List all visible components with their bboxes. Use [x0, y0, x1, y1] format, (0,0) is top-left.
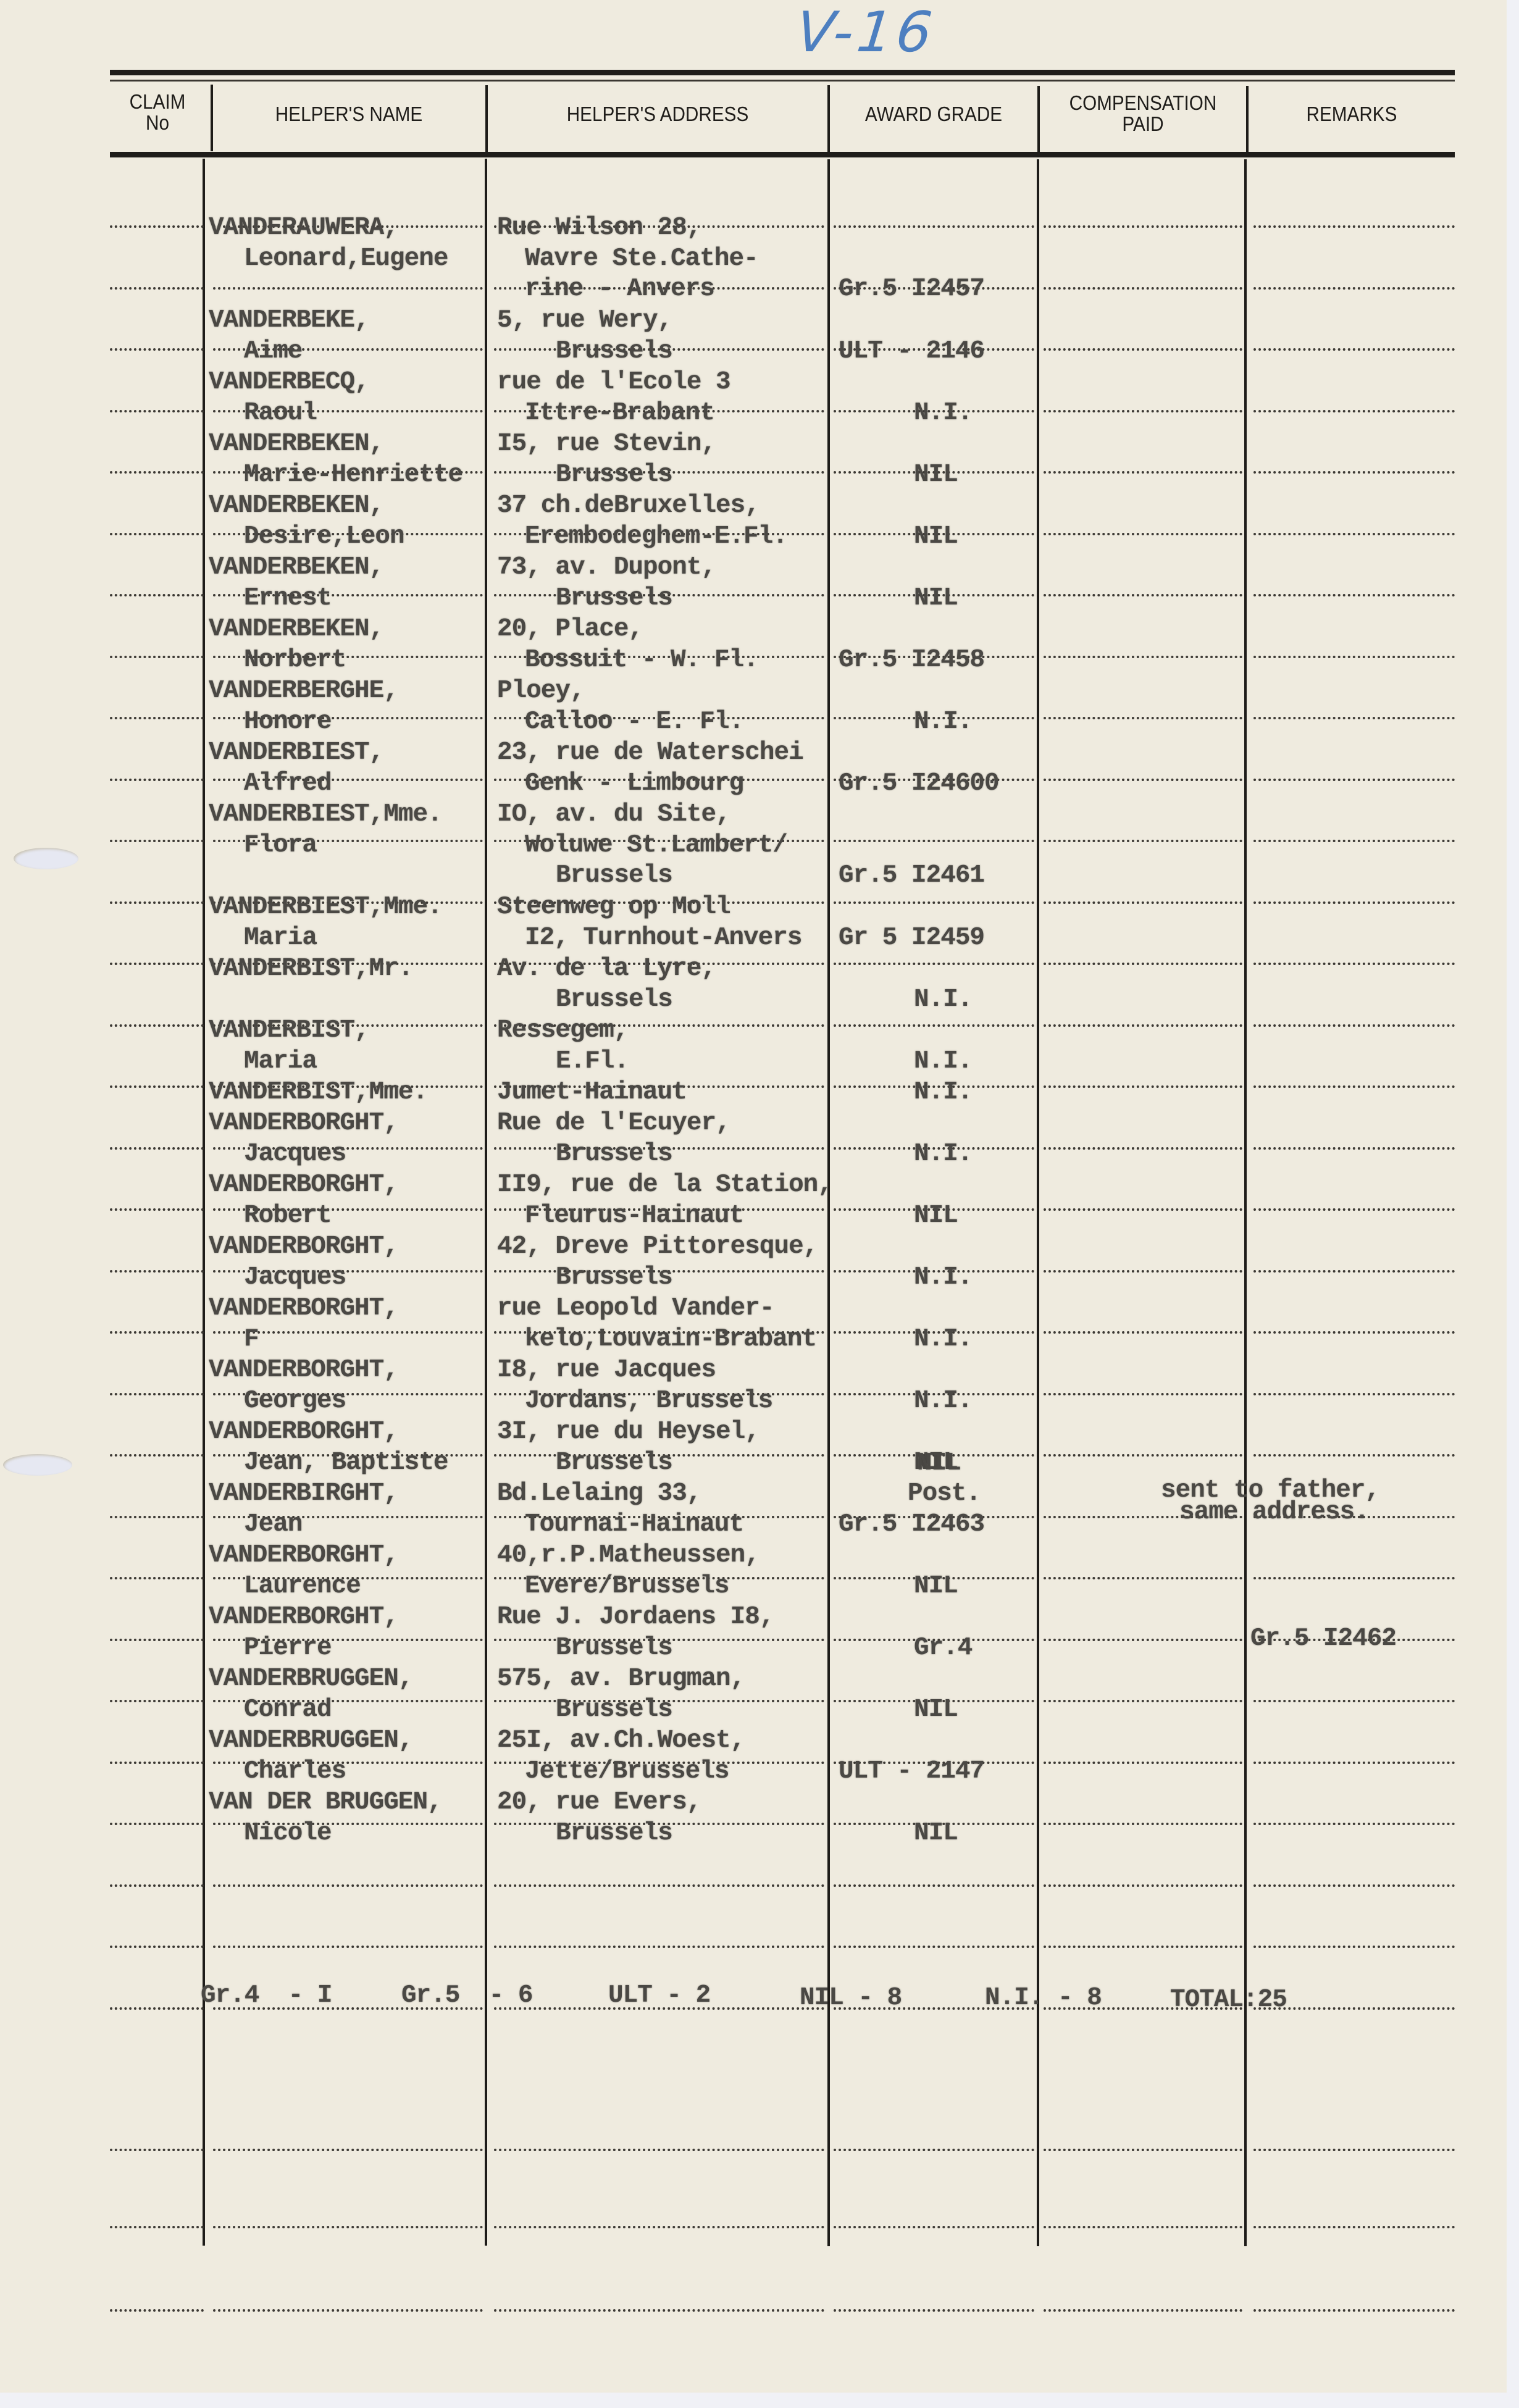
dotted-rule [213, 1884, 483, 1887]
dotted-rule [110, 1024, 204, 1027]
header-divider [485, 85, 488, 152]
dotted-rule [1044, 2226, 1242, 2228]
award-grade: NIL [914, 1695, 958, 1725]
dotted-rule [834, 901, 1034, 904]
column-divider [1244, 159, 1247, 2246]
dotted-rule [110, 594, 204, 596]
dotted-rule [1044, 1762, 1242, 1764]
helper-name: VANDERBIST,Mr. [209, 954, 412, 984]
helper-address: Genk - Limbourg [525, 769, 743, 799]
dotted-rule [1044, 410, 1242, 412]
dotted-rule [110, 1762, 204, 1764]
dotted-rule [213, 2309, 483, 2312]
helper-name: VANDERBORGHT, [209, 1355, 398, 1386]
helper-address: Brussels [556, 861, 672, 891]
helper-address: I8, rue Jacques [497, 1355, 716, 1386]
dotted-rule [213, 2226, 483, 2228]
helper-name: VANDERBEKEN, [209, 553, 383, 583]
dotted-rule [110, 1577, 204, 1579]
dotted-rule [110, 1946, 204, 1948]
dotted-rule [1253, 471, 1455, 474]
header-remarks: REMARKS [1259, 104, 1445, 125]
dotted-rule [110, 348, 204, 351]
dotted-rule [110, 2226, 204, 2228]
dotted-rule [1044, 1147, 1242, 1150]
dotted-rule [1044, 594, 1242, 596]
summary-gr4: Gr.4 - I [201, 1981, 332, 2011]
dotted-rule [1044, 1085, 1242, 1088]
dotted-rule [110, 717, 204, 719]
award-grade: ULT - 2146 [839, 337, 984, 367]
helper-name: Jean [244, 1510, 302, 1540]
header-top-rule [110, 70, 1455, 75]
helper-address: II9, rue de la Station, [497, 1170, 832, 1200]
dotted-rule [1253, 594, 1455, 596]
award-grade: Gr.5 I2461 [839, 861, 984, 891]
helper-address: rine - Anvers [525, 274, 714, 304]
helper-name: Maria [244, 1047, 317, 1077]
helper-name: Laurence [244, 1571, 361, 1602]
summary-ni: N.I. - 8 [985, 1983, 1102, 2013]
dotted-rule [110, 1639, 204, 1641]
dotted-rule [1253, 656, 1455, 658]
summary-total: TOTAL:25 [1170, 1985, 1287, 2015]
dotted-rule [1253, 1393, 1455, 1395]
helper-address: Av. de la Lyre, [497, 954, 716, 984]
dotted-rule [1044, 471, 1242, 474]
dotted-rule [1044, 225, 1242, 228]
dotted-rule [213, 287, 483, 290]
helper-name: Jacques [244, 1139, 346, 1169]
dotted-rule [1253, 1331, 1455, 1334]
helper-name: Robert [244, 1201, 332, 1231]
award-grade: N.I. [914, 707, 972, 737]
helper-address: Brussels [556, 1818, 672, 1849]
award-grade: N.I. [914, 398, 972, 429]
dotted-rule [494, 1884, 824, 1887]
helper-name: VAN DER BRUGGEN, [209, 1787, 442, 1818]
award-grade: NIL [914, 1571, 958, 1602]
summary-nil: NIL - 8 [800, 1983, 902, 2013]
dotted-rule [1044, 1454, 1242, 1457]
helper-address: 575, av. Brugman, [497, 1664, 745, 1694]
dotted-rule [110, 1823, 204, 1825]
helper-address: Brussels [556, 985, 672, 1015]
helper-name: VANDERBORGHT, [209, 1541, 398, 1571]
helper-name: Georges [244, 1386, 346, 1416]
award-grade: Gr 5 I2459 [839, 923, 984, 953]
award-grade: Gr.5 I2463 [839, 1510, 984, 1540]
helper-name: VANDERBIEST, [209, 738, 383, 768]
helper-name: Norbert [244, 645, 346, 675]
award-grade: N.I. [914, 1047, 972, 1077]
header-compensation-paid: COMPENSATION PAID [1050, 93, 1236, 135]
dotted-rule [1253, 225, 1455, 228]
dotted-rule [1044, 1946, 1242, 1948]
dotted-rule [110, 533, 204, 535]
dotted-rule [494, 1946, 824, 1948]
dotted-rule [1044, 1331, 1242, 1334]
helper-address: Ittre-Brabant [525, 398, 714, 429]
dotted-rule [1044, 901, 1242, 904]
helper-address: kelo,Louvain-Brabant [525, 1324, 816, 1355]
header-claim-no: CLAIM No [116, 91, 199, 133]
dotted-rule [1253, 533, 1455, 535]
dotted-rule [1253, 1823, 1455, 1825]
helper-address: 20, rue Evers, [497, 1787, 701, 1818]
dotted-rule [494, 2309, 824, 2312]
helper-name: VANDERBEKEN, [209, 429, 383, 459]
helper-address: 40,r.P.Matheussen, [497, 1541, 759, 1571]
dotted-rule [1044, 717, 1242, 719]
helper-address: Brussels [556, 583, 672, 614]
award-grade: Post. [908, 1479, 981, 1509]
helper-address: Erembodeghem-E.Fl. [525, 522, 787, 552]
award-grade: Gr.5 I24600 [839, 769, 999, 799]
helper-name: Raoul [244, 398, 317, 429]
award-grade: Gr.5 I2458 [839, 645, 984, 675]
dotted-rule [494, 2226, 824, 2228]
header-second-rule [110, 80, 1455, 82]
remarks: same address. [1179, 1497, 1369, 1528]
dotted-rule [1253, 1085, 1455, 1088]
helper-address: E.Fl. [556, 1047, 629, 1077]
dotted-rule [1253, 779, 1455, 781]
dotted-rule [110, 1331, 204, 1334]
dotted-rule [110, 779, 204, 781]
helper-name: Conrad [244, 1695, 332, 1725]
helper-name: Pierre [244, 1633, 332, 1663]
dotted-rule [1044, 779, 1242, 781]
helper-name: Alfred [244, 769, 332, 799]
helper-address: Tournai-Hainaut [525, 1510, 743, 1540]
dotted-rule [1253, 2226, 1455, 2228]
dotted-rule [1253, 963, 1455, 965]
dotted-rule [1044, 1270, 1242, 1273]
dotted-rule [110, 2309, 204, 2312]
award-grade: ULT - 2147 [839, 1757, 984, 1787]
dotted-rule [110, 1393, 204, 1395]
dotted-rule [1044, 2309, 1242, 2312]
dotted-rule [1253, 1946, 1455, 1948]
award-grade: NIL [914, 1201, 958, 1231]
helper-name: Honore [244, 707, 332, 737]
helper-name: Ernest [244, 583, 332, 614]
dotted-rule [1253, 1884, 1455, 1887]
dotted-rule [1253, 2149, 1455, 2151]
dotted-rule [1044, 533, 1242, 535]
dotted-rule [213, 1946, 483, 1948]
dotted-rule [1253, 1577, 1455, 1579]
helper-name: Charles [244, 1757, 346, 1787]
helper-address: 20, Place, [497, 614, 643, 645]
helper-name: VANDERBORGHT, [209, 1417, 398, 1447]
helper-address: 25I, av.Ch.Woest, [497, 1726, 745, 1756]
remarks: Gr.5 I2462 [1250, 1624, 1396, 1654]
dotted-rule [834, 2226, 1034, 2228]
helper-name: Jean, Baptiste [244, 1448, 448, 1478]
helper-address: Jumet-Hainaut [497, 1077, 687, 1108]
dotted-rule [1253, 1024, 1455, 1027]
header-bottom-rule [110, 152, 1455, 157]
helper-address: Brussels [556, 1139, 672, 1169]
award-grade: N.I. [914, 1324, 972, 1355]
award-grade: Gr.4 [914, 1633, 972, 1663]
helper-name: VANDERBIEST,Mme. [209, 800, 442, 830]
dotted-rule [110, 1270, 204, 1273]
dotted-rule [1044, 656, 1242, 658]
helper-address: Jette/Brussels [525, 1757, 729, 1787]
dotted-rule [110, 1085, 204, 1088]
helper-address: Brussels [556, 1448, 672, 1478]
dotted-rule [1044, 1024, 1242, 1027]
helper-address: 42, Dreve Pittoresque, [497, 1232, 818, 1262]
helper-address: IO, av. du Site, [497, 800, 730, 830]
helper-name: VANDERBEKEN, [209, 614, 383, 645]
helper-name: Desire,Leon [244, 522, 404, 552]
header-claim-no-text: CLAIM No [130, 90, 186, 134]
dotted-rule [1253, 410, 1455, 412]
dotted-rule [1253, 287, 1455, 290]
column-divider [827, 159, 830, 2246]
dotted-rule [1044, 1577, 1242, 1579]
helper-address: Ressegem, [497, 1016, 628, 1046]
dotted-rule [834, 1024, 1034, 1027]
summary-ult: ULT - 2 [608, 1981, 710, 2011]
dotted-rule [1253, 717, 1455, 719]
helper-address: Fleurus-Hainaut [525, 1201, 743, 1231]
helper-name: VANDERBORGHT, [209, 1294, 398, 1324]
award-grade: N.I. [914, 1139, 972, 1169]
dotted-rule [1044, 1700, 1242, 1702]
helper-name: Leonard,Eugene [244, 244, 448, 274]
dotted-rule [1044, 1208, 1242, 1211]
punch-hole-top [14, 848, 78, 869]
helper-name: VANDERBORGHT, [209, 1170, 398, 1200]
helper-name: Marie-Henriette [244, 460, 462, 490]
dotted-rule [1253, 348, 1455, 351]
header-award-grade: AWARD GRADE [840, 104, 1027, 125]
helper-name: VANDERBIRGHT, [209, 1479, 398, 1509]
helper-address: 3I, rue du Heysel, [497, 1417, 759, 1447]
helper-address: Woluwe St.Lambert/ [525, 830, 787, 861]
helper-address: Rue de l'Ecuyer, [497, 1108, 730, 1139]
header-helper-name: HELPER'S NAME [227, 104, 471, 125]
helper-address: Steenweg op Moll [497, 892, 730, 922]
dotted-rule [1253, 901, 1455, 904]
helper-address: Jordans, Brussels [525, 1386, 772, 1416]
dotted-rule [1253, 1700, 1455, 1702]
award-grade: NIL [914, 1818, 958, 1849]
dotted-rule [110, 1454, 204, 1457]
dotted-rule [1253, 1762, 1455, 1764]
helper-address: 5, rue Wery, [497, 306, 672, 336]
helper-name: VANDERBIST,Mme. [209, 1077, 427, 1108]
header-divider [1246, 86, 1249, 153]
handwritten-annotation: V-16 [793, 0, 939, 65]
helper-address: Brussels [556, 1263, 672, 1293]
header-divider [211, 85, 213, 151]
dotted-rule [1044, 287, 1242, 290]
helper-address: Bossuit - W. Fl. [525, 645, 758, 675]
summary-gr5: Gr.5 - 6 [401, 1981, 532, 2011]
helper-name: Maria [244, 923, 317, 953]
dotted-rule [110, 1700, 204, 1702]
dotted-rule [1253, 1147, 1455, 1150]
dotted-rule [834, 1884, 1034, 1887]
dotted-rule [110, 287, 204, 290]
dotted-rule [834, 2149, 1034, 2151]
dotted-rule [110, 2007, 204, 2010]
helper-address: Calloo - E. Fl. [525, 707, 743, 737]
dotted-rule [1044, 348, 1242, 351]
helper-name: Jacques [244, 1263, 346, 1293]
dotted-rule [1044, 1823, 1242, 1825]
award-grade: N.I. [914, 985, 972, 1015]
dotted-rule [1253, 1454, 1455, 1457]
header-divider [827, 85, 830, 152]
dotted-rule [110, 225, 204, 228]
header-compensation-paid-text: COMPENSATION PAID [1069, 91, 1217, 135]
helper-address: Rue J. Jordaens I8, [497, 1602, 774, 1633]
helper-address: I5, rue Stevin, [497, 429, 716, 459]
helper-name: VANDERBORGHT, [209, 1602, 398, 1633]
helper-name: VANDERBIST, [209, 1016, 369, 1046]
dotted-rule [1253, 1270, 1455, 1273]
helper-address: Evere/Brussels [525, 1571, 729, 1602]
helper-address: rue Leopold Vander- [497, 1294, 774, 1324]
helper-address: 37 ch.deBruxelles, [497, 491, 759, 521]
dotted-rule [110, 656, 204, 658]
helper-address: 73, av. Dupont, [497, 553, 716, 583]
dotted-rule [110, 471, 204, 474]
punch-hole-bottom [3, 1454, 72, 1476]
dotted-rule [494, 2149, 824, 2151]
dotted-rule [1044, 1639, 1242, 1641]
helper-address: I2, Turnhout-Anvers [525, 923, 801, 953]
dotted-rule [110, 901, 204, 904]
award-grade: N.I. [914, 1386, 972, 1416]
helper-address: Rue Wilson 28, [497, 213, 701, 243]
helper-name: Aime [244, 337, 302, 367]
helper-name: F [244, 1324, 259, 1355]
helper-address: Brussels [556, 460, 672, 490]
helper-name: Nicole [244, 1818, 332, 1849]
dotted-rule [834, 2309, 1034, 2312]
award-grade: N.I. [914, 1263, 972, 1293]
header-helper-address: HELPER'S ADDRESS [505, 104, 811, 125]
dotted-rule [110, 963, 204, 965]
dotted-rule [1044, 963, 1242, 965]
dotted-rule [1044, 1884, 1242, 1887]
column-divider [485, 159, 487, 2246]
dotted-rule [834, 840, 1034, 842]
helper-name: VANDERBECQ, [209, 367, 369, 398]
dotted-rule [110, 1147, 204, 1150]
helper-name: VANDERBERGHE, [209, 676, 398, 706]
helper-address: Brussels [556, 1695, 672, 1725]
dotted-rule [213, 2149, 483, 2151]
dotted-rule [1253, 1208, 1455, 1211]
dotted-rule [110, 1516, 204, 1518]
dotted-rule [110, 1208, 204, 1211]
helper-name: VANDERBEKEN, [209, 491, 383, 521]
helper-address: Brussels [556, 1633, 672, 1663]
helper-name: VANDERAUWERA, [209, 213, 398, 243]
column-divider [1037, 159, 1039, 2246]
dotted-rule [110, 840, 204, 842]
award-grade: N.I. [914, 1077, 972, 1108]
dotted-rule [1044, 840, 1242, 842]
award-grade: NIL [914, 583, 958, 614]
award-grade: Gr.5 I2457 [839, 274, 984, 304]
helper-name: VANDERBRUGGEN, [209, 1664, 412, 1694]
award-grade: NIL [914, 522, 958, 552]
dotted-rule [1253, 840, 1455, 842]
award-grade: NIL [914, 460, 958, 490]
dotted-rule [1044, 2149, 1242, 2151]
helper-address: Bd.Lelaing 33, [497, 1479, 701, 1509]
dotted-rule [834, 1946, 1034, 1948]
helper-name: VANDERBEKE, [209, 306, 369, 336]
helper-name: VANDERBRUGGEN, [209, 1726, 412, 1756]
dotted-rule [834, 225, 1034, 228]
helper-address: Ploey, [497, 676, 585, 706]
dotted-rule [1253, 2309, 1455, 2312]
helper-name: Flora [244, 830, 317, 861]
header-divider [1037, 86, 1040, 153]
helper-address: 23, rue de Waterschei [497, 738, 803, 768]
helper-name: VANDERBORGHT, [209, 1232, 398, 1262]
helper-address: Wavre Ste.Cathe- [525, 244, 758, 274]
award-grade: NIL [917, 1449, 961, 1479]
helper-address: rue de l'Ecole 3 [497, 367, 730, 398]
helper-address: Brussels [556, 337, 672, 367]
dotted-rule [1044, 1393, 1242, 1395]
dotted-rule [834, 963, 1034, 965]
dotted-rule [110, 1884, 204, 1887]
dotted-rule [110, 410, 204, 412]
helper-name: VANDERBIEST,Mme. [209, 892, 442, 922]
helper-name: VANDERBORGHT, [209, 1108, 398, 1139]
dotted-rule [110, 2149, 204, 2151]
